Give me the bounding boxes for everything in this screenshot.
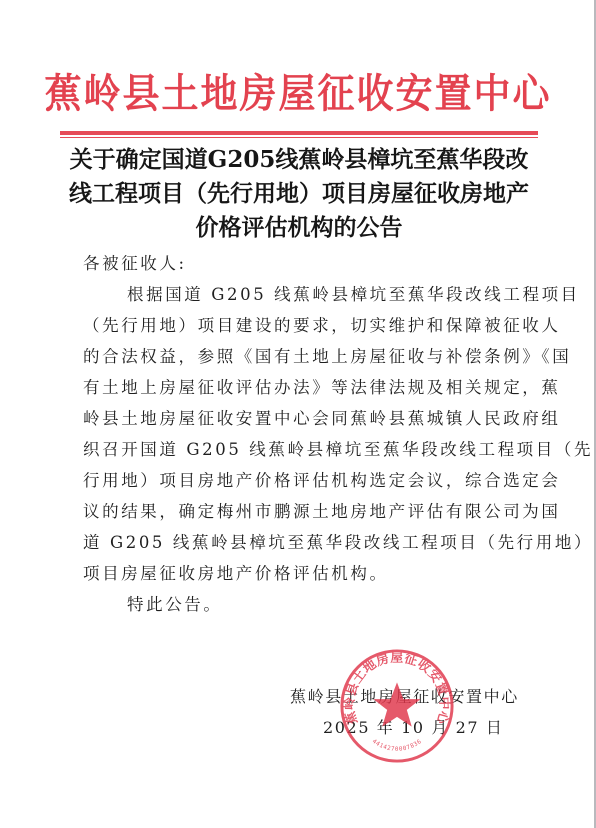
body-line: 岭县土地房屋征收安置中心会同蕉岭县蕉城镇人民政府组 [83, 403, 493, 434]
title-line: 价格评估机构的公告 [60, 211, 538, 245]
notice-title: 关于确定国道G205线蕉岭县樟坑至蕉华段改 线工程项目（先行用地）项目房屋征收房… [60, 143, 538, 245]
organization-letterhead: 蕉岭县土地房屋征收安置中心 [0, 68, 596, 118]
signature-organization: 蕉岭县土地房屋征收安置中心 [290, 681, 519, 712]
body-line: 根据国道 G205 线蕉岭县樟坑至蕉华段改线工程项目 [83, 279, 493, 310]
title-line: 线工程项目（先行用地）项目房屋征收房地产 [60, 177, 538, 211]
body-line: 项目房屋征收房地产价格评估机构。 [83, 558, 493, 589]
document-page: 蕉岭县土地房屋征收安置中心 关于确定国道G205线蕉岭县樟坑至蕉华段改 线工程项… [0, 0, 594, 828]
body-line: 的合法权益，参照《国有土地上房屋征收与补偿条例》《国 [83, 341, 493, 372]
body-line: （先行用地）项目建设的要求，切实维护和保障被征收人 [83, 310, 493, 341]
body-line: 行用地）项目房地产价格评估机构选定会议，综合选定会 [83, 465, 493, 496]
body-line: 织召开国道 G205 线蕉岭县樟坑至蕉华段改线工程项目（先 [83, 434, 493, 465]
body-line: 道 G205 线蕉岭县樟坑至蕉华段改线工程项目（先行用地） [83, 527, 493, 558]
letterhead-divider-thick [60, 131, 538, 135]
body-line: 有土地上房屋征收评估办法》等法律法规及相关规定，蕉 [83, 372, 493, 403]
title-line: 关于确定国道G205线蕉岭县樟坑至蕉华段改 [60, 143, 538, 177]
closing-line: 特此公告。 [83, 589, 493, 620]
letterhead-divider-thin [60, 137, 538, 138]
salutation: 各被征收人: [83, 248, 493, 279]
body-line: 议的结果，确定梅州市鹏源土地房地产评估有限公司为国 [83, 496, 493, 527]
signature-block: 蕉岭县土地房屋征收安置中心 2025 年 10 月 27 日 [290, 681, 519, 743]
signature-date: 2025 年 10 月 27 日 [290, 712, 519, 743]
notice-body: 各被征收人: 根据国道 G205 线蕉岭县樟坑至蕉华段改线工程项目 （先行用地）… [83, 248, 493, 620]
